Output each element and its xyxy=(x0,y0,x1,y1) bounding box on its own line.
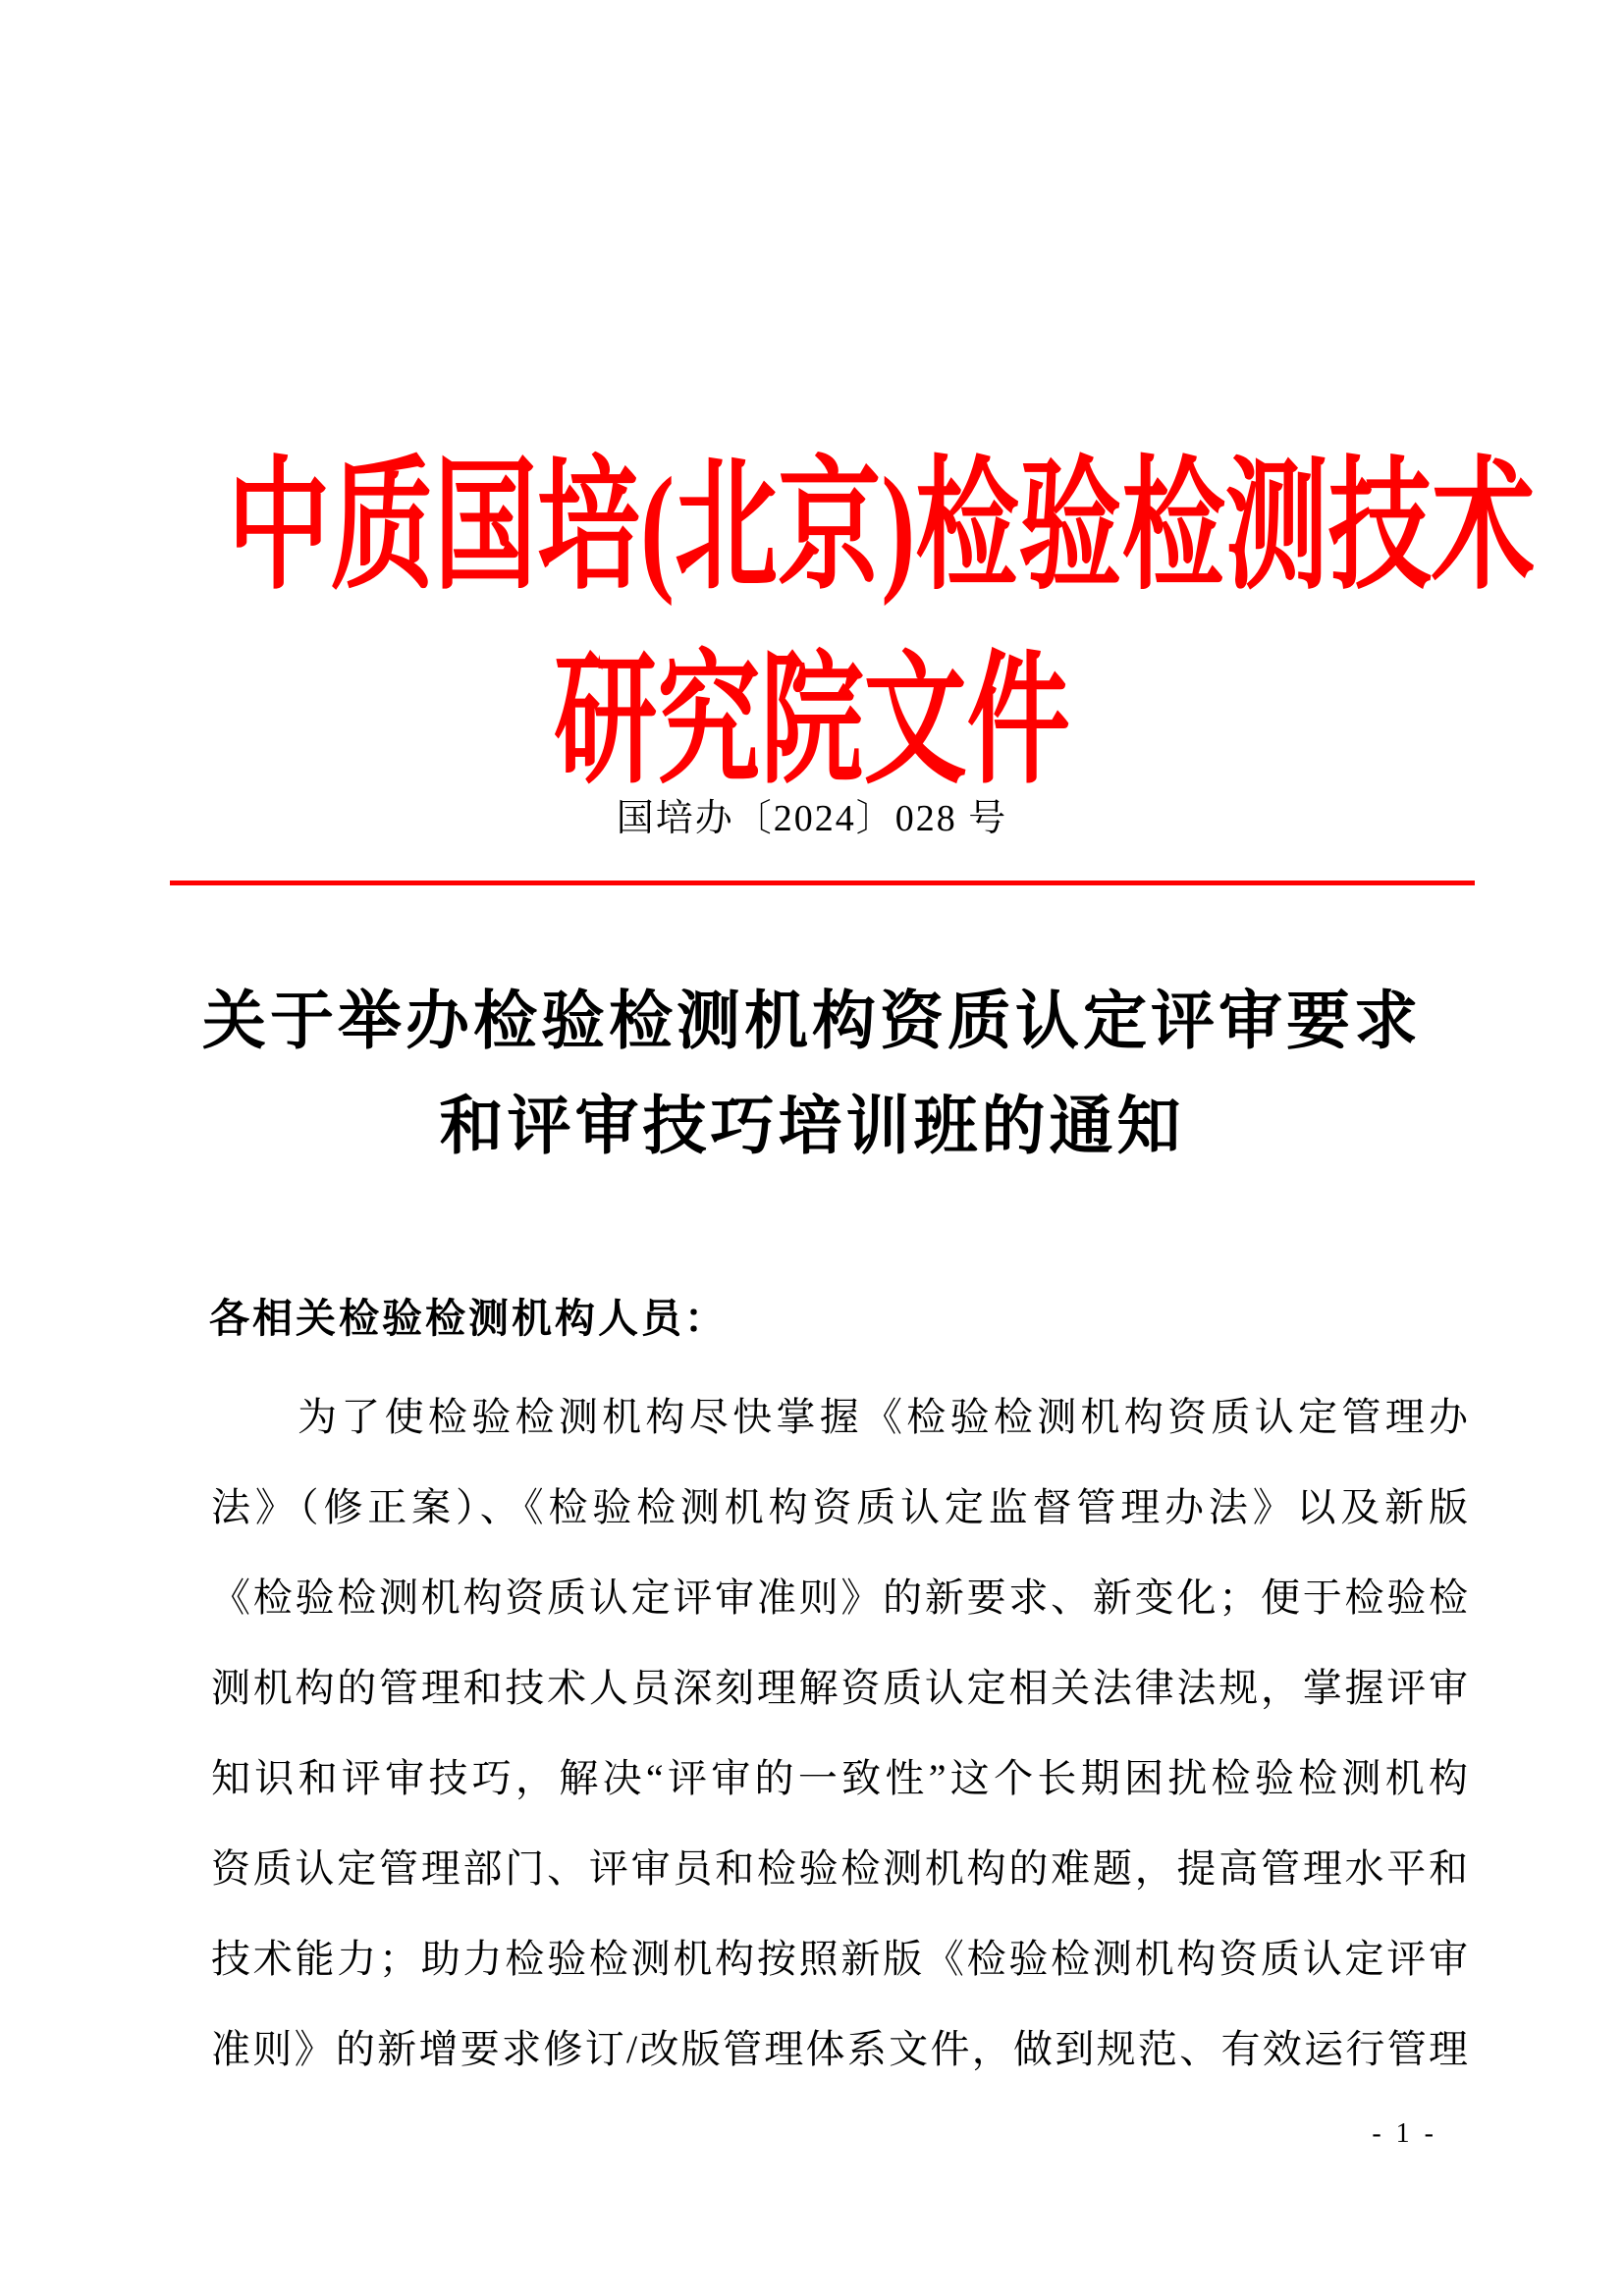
document-number: 国培办〔2024〕028 号 xyxy=(0,795,1624,842)
body-line: 资质认定管理部门、评审员和检验检测机构的难题，提高管理水平和 xyxy=(211,1824,1468,1914)
body-line: 法》（修正案）、《检验检测机构资质认定监督管理办法》以及新版 xyxy=(211,1463,1468,1553)
org-name-line-2: 研究院文件 xyxy=(228,624,1397,819)
body-line: 测机构的管理和技术人员深刻理解资质认定相关法律法规，掌握评审 xyxy=(211,1643,1468,1734)
document-title: 关于举办检验检测机构资质认定评审要求 和评审技巧培训班的通知 xyxy=(0,970,1624,1180)
red-header: 中质国培(北京)检验检测技术 研究院文件 xyxy=(0,430,1624,819)
document-title-line-2: 和评审技巧培训班的通知 xyxy=(0,1075,1624,1180)
org-name-line-1: 中质国培(北京)检验检测技术 xyxy=(228,430,1397,624)
body-line: 知识和评审技巧，解决“评审的一致性”这个长期困扰检验检测机构 xyxy=(211,1734,1468,1824)
body-line: 《检验检测机构资质认定评审准则》的新要求、新变化；便于检验检 xyxy=(211,1553,1468,1643)
red-divider-rule xyxy=(170,881,1475,885)
document-title-line-1: 关于举办检验检测机构资质认定评审要求 xyxy=(0,970,1624,1075)
salutation: 各相关检验检测机构人员： xyxy=(209,1294,728,1343)
body-line: 技术能力；助力检验检测机构按照新版《检验检测机构资质认定评审 xyxy=(211,1914,1468,2004)
body-paragraph: 为了使检验检测机构尽快掌握《检验检测机构资质认定管理办 法》（修正案）、《检验检… xyxy=(211,1372,1468,2095)
body-line: 准则》的新增要求修订/改版管理体系文件，做到规范、有效运行管理 xyxy=(211,2004,1468,2095)
body-line: 为了使检验检测机构尽快掌握《检验检测机构资质认定管理办 xyxy=(211,1372,1468,1463)
page-number: - 1 - xyxy=(1372,2116,1437,2152)
document-page: 中质国培(北京)检验检测技术 研究院文件 国培办〔2024〕028 号 关于举办… xyxy=(0,0,1624,2296)
